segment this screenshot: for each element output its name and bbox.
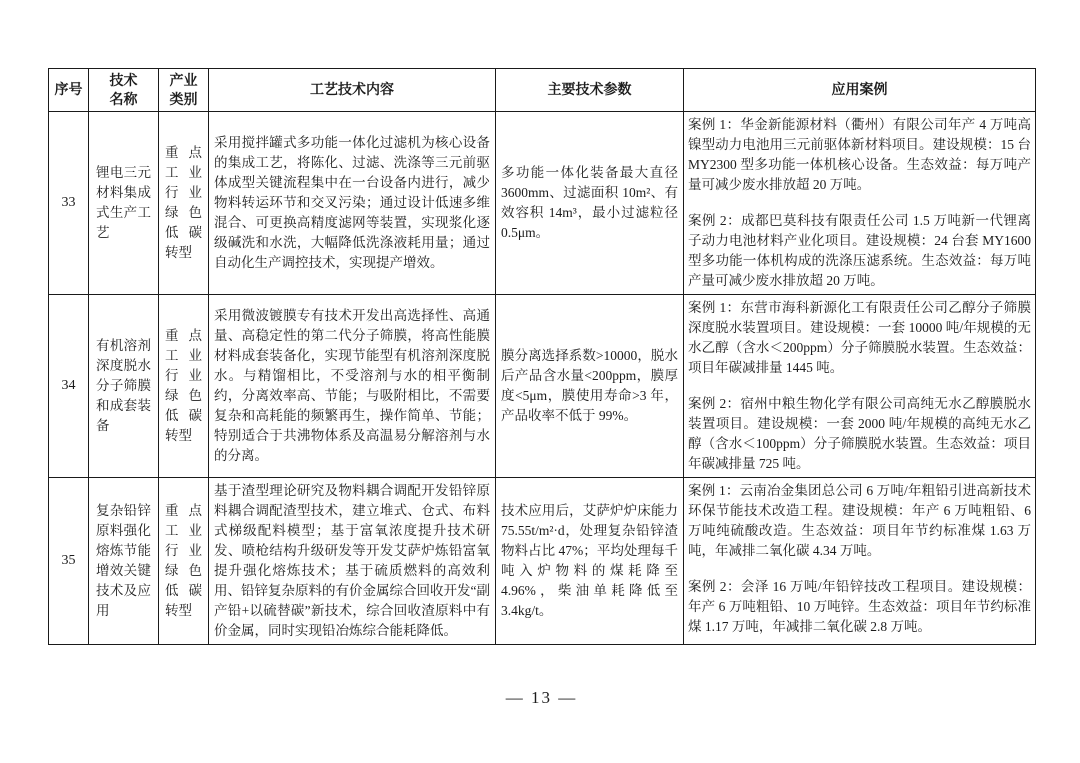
table-row: 35 复杂铅锌原料强化熔炼节能增效关键技术及应用 重点工业行业绿色低碳转型 基于… [49, 477, 1036, 644]
cell-application-cases: 案例 1：华金新能源材料（衢州）有限公司年产 4 万吨高镍型动力电池用三元前驱体… [684, 111, 1036, 294]
case-paragraph: 案例 2：成都巴莫科技有限责任公司 1.5 万吨新一代锂离子动力电池材料产业化项… [688, 211, 1031, 291]
cell-process-content: 采用搅拌罐式多功能一体化过滤机为核心设备的集成工艺，将陈化、过滤、洗涤等三元前驱… [209, 111, 496, 294]
technology-table: 序号 技术 名称 产业 类别 工艺技术内容 主要技术参数 应用案例 33 锂电三… [48, 68, 1036, 645]
case-paragraph: 案例 1：云南冶金集团总公司 6 万吨/年粗铅引进高新技术环保节能技术改造工程。… [688, 481, 1031, 561]
table-row: 33 锂电三元材料集成式生产工艺 重点工业行业绿色低碳转型 采用搅拌罐式多功能一… [49, 111, 1036, 294]
col-header-process-content: 工艺技术内容 [209, 69, 496, 112]
table-row: 34 有机溶剂深度脱水分子筛膜和成套装备 重点工业行业绿色低碳转型 采用微波镀膜… [49, 294, 1036, 477]
cell-seq-number: 34 [49, 294, 89, 477]
col-header-industry-category: 产业 类别 [159, 69, 209, 112]
cell-tech-name: 有机溶剂深度脱水分子筛膜和成套装备 [89, 294, 159, 477]
case-paragraph: 案例 1：华金新能源材料（衢州）有限公司年产 4 万吨高镍型动力电池用三元前驱体… [688, 115, 1031, 195]
table-header-row: 序号 技术 名称 产业 类别 工艺技术内容 主要技术参数 应用案例 [49, 69, 1036, 112]
col-header-application-cases: 应用案例 [684, 69, 1036, 112]
cell-industry-category: 重点工业行业绿色低碳转型 [159, 477, 209, 644]
cell-main-parameters: 多功能一体化装备最大直径 3600mm、过滤面积 10m²、有效容积 14m³，… [496, 111, 684, 294]
case-paragraph: 案例 1：东营市海科新源化工有限责任公司乙醇分子筛膜深度脱水装置项目。建设规模：… [688, 298, 1031, 378]
cell-industry-category: 重点工业行业绿色低碳转型 [159, 111, 209, 294]
page-number: — 13 — [48, 688, 1035, 708]
cell-process-content: 基于渣型理论研究及物料耦合调配开发铅锌原料耦合调配渣型技术，建立堆式、仓式、布料… [209, 477, 496, 644]
col-header-seq: 序号 [49, 69, 89, 112]
cell-tech-name: 锂电三元材料集成式生产工艺 [89, 111, 159, 294]
cell-application-cases: 案例 1：东营市海科新源化工有限责任公司乙醇分子筛膜深度脱水装置项目。建设规模：… [684, 294, 1036, 477]
col-header-main-parameters: 主要技术参数 [496, 69, 684, 112]
cell-seq-number: 33 [49, 111, 89, 294]
cell-main-parameters: 技术应用后，艾萨炉炉床能力 75.55t/m²·d，处理复杂铅锌渣物料占比 47… [496, 477, 684, 644]
case-paragraph: 案例 2：宿州中粮生物化学有限公司高纯无水乙醇膜脱水装置项目。建设规模：一套 2… [688, 394, 1031, 474]
cell-process-content: 采用微波镀膜专有技术开发出高选择性、高通量、高稳定性的第二代分子筛膜，将高性能膜… [209, 294, 496, 477]
cell-main-parameters: 膜分离选择系数>10000，脱水后产品含水量<200ppm，膜厚度<5μm，膜使… [496, 294, 684, 477]
col-header-tech-name: 技术 名称 [89, 69, 159, 112]
cell-industry-category: 重点工业行业绿色低碳转型 [159, 294, 209, 477]
document-page: 序号 技术 名称 产业 类别 工艺技术内容 主要技术参数 应用案例 33 锂电三… [0, 0, 1080, 763]
cell-tech-name: 复杂铅锌原料强化熔炼节能增效关键技术及应用 [89, 477, 159, 644]
cell-seq-number: 35 [49, 477, 89, 644]
cell-application-cases: 案例 1：云南冶金集团总公司 6 万吨/年粗铅引进高新技术环保节能技术改造工程。… [684, 477, 1036, 644]
case-paragraph: 案例 2：会泽 16 万吨/年铅锌技改工程项目。建设规模：年产 6 万吨粗铅、1… [688, 577, 1031, 637]
